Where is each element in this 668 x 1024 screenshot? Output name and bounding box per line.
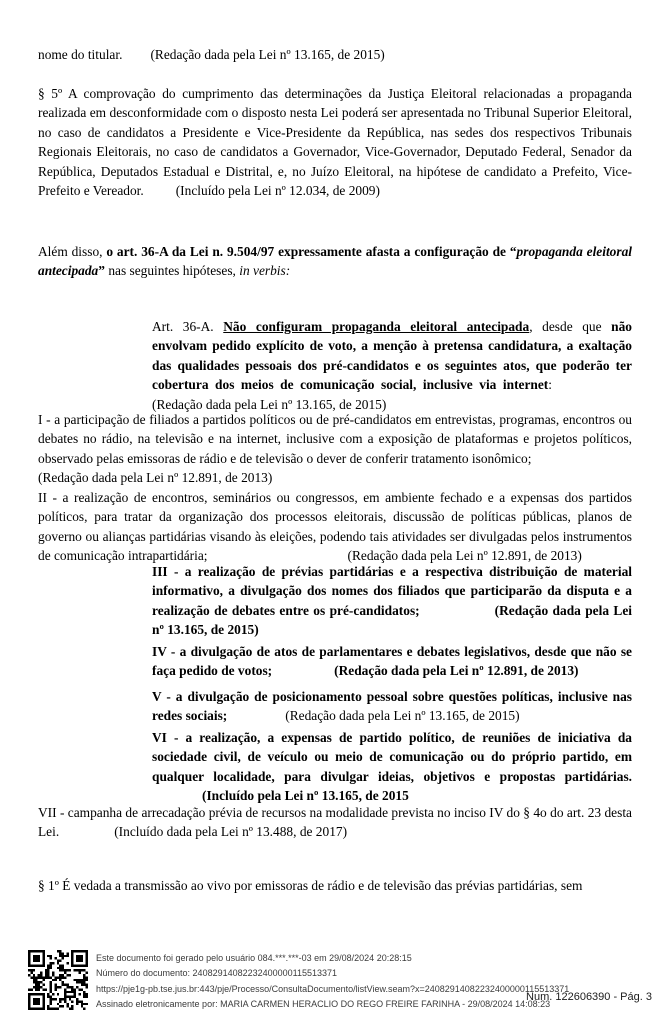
paragraph-text: Além disso, xyxy=(38,244,106,259)
paragraph-text: § 1º É vedada a transmissão ao vivo por … xyxy=(38,878,582,893)
paragraph-inciso-1: I - a participação de filiados a partido… xyxy=(38,410,632,488)
law-reference: (Incluído pela Lei nº 13.165, de 2015 xyxy=(202,788,409,803)
paragraph-text: nome do titular. xyxy=(38,47,122,62)
paragraph-text-underline: Não configuram propaganda eleitoral ante… xyxy=(223,319,529,334)
paragraph-inciso-2: II - a realização de encontros, seminári… xyxy=(38,488,632,566)
law-reference: (Incluído dada pela Lei nº 13.488, de 20… xyxy=(114,824,347,839)
law-reference: (Redação dada pela Lei nº 12.891, de 201… xyxy=(334,663,578,678)
paragraph-text: VI - a realização, a expensas de partido… xyxy=(152,730,632,784)
tab-gap xyxy=(227,719,285,720)
law-reference: (Redação dada pela Lei nº 13.165, de 201… xyxy=(150,47,384,62)
paragraph-par5: § 5º A comprovação do cumprimento das de… xyxy=(38,84,632,200)
paragraph-inciso-5: V - a divulgação de posicionamento pesso… xyxy=(152,687,632,726)
paragraph-inciso-7: VII - campanha de arrecadação prévia de … xyxy=(38,803,632,842)
paragraph-inciso-6: VI - a realização, a expensas de partido… xyxy=(152,728,632,806)
paragraph-text-bold: o art. 36-A da Lei n. 9.504/97 expressam… xyxy=(106,244,516,259)
paragraph-inciso-4: IV - a divulgação de atos de parlamentar… xyxy=(152,642,632,681)
tab-gap xyxy=(272,674,334,675)
tab-gap xyxy=(59,835,114,836)
tab-gap xyxy=(144,194,176,195)
footer-document-number: Número do documento: 2408291408223240000… xyxy=(96,966,616,981)
paragraph-alem-disso: Além disso, o art. 36-A da Lei n. 9.504/… xyxy=(38,242,632,281)
page-number: Num. 122606390 - Pág. 3 xyxy=(526,991,652,1003)
footer-generated-line: Este documento foi gerado pelo usuário 0… xyxy=(96,951,616,966)
law-reference: (Redação dada pela Lei nº 12.891, de 201… xyxy=(38,470,272,485)
paragraph-text: : xyxy=(548,377,552,392)
tab-gap xyxy=(420,614,495,615)
paragraph-par1: § 1º É vedada a transmissão ao vivo por … xyxy=(38,876,632,895)
paragraph-text: nas seguintes hipóteses, xyxy=(105,263,239,278)
paragraph-text: § 5º A comprovação do cumprimento das de… xyxy=(38,86,632,198)
paragraph-text-italic: in verbis: xyxy=(239,263,290,278)
law-reference: (Incluído pela Lei nº 12.034, de 2009) xyxy=(176,183,380,198)
law-reference: (Redação dada pela Lei nº 13.165, de 201… xyxy=(285,708,519,723)
footer-metadata: Este documento foi gerado pelo usuário 0… xyxy=(96,951,616,1013)
tab-gap xyxy=(152,799,202,800)
paragraph-inciso-3: III - a realização de prévias partidária… xyxy=(152,562,632,640)
paragraph-nome-titular: nome do titular.(Redação dada pela Lei n… xyxy=(38,45,632,64)
paragraph-text: Art. 36-A. xyxy=(152,319,223,334)
paragraph-art36a: Art. 36-A. Não configuram propaganda ele… xyxy=(152,317,632,414)
qr-code xyxy=(28,949,88,1011)
paragraph-text: , desde que xyxy=(529,319,611,334)
paragraph-text-bold: ” xyxy=(98,263,105,278)
paragraph-text: I - a participação de filiados a partido… xyxy=(38,412,632,466)
tab-gap xyxy=(552,388,632,389)
tab-gap xyxy=(208,559,348,560)
law-reference: (Redação dada pela Lei nº 12.891, de 201… xyxy=(348,548,582,563)
tab-gap xyxy=(122,58,150,59)
